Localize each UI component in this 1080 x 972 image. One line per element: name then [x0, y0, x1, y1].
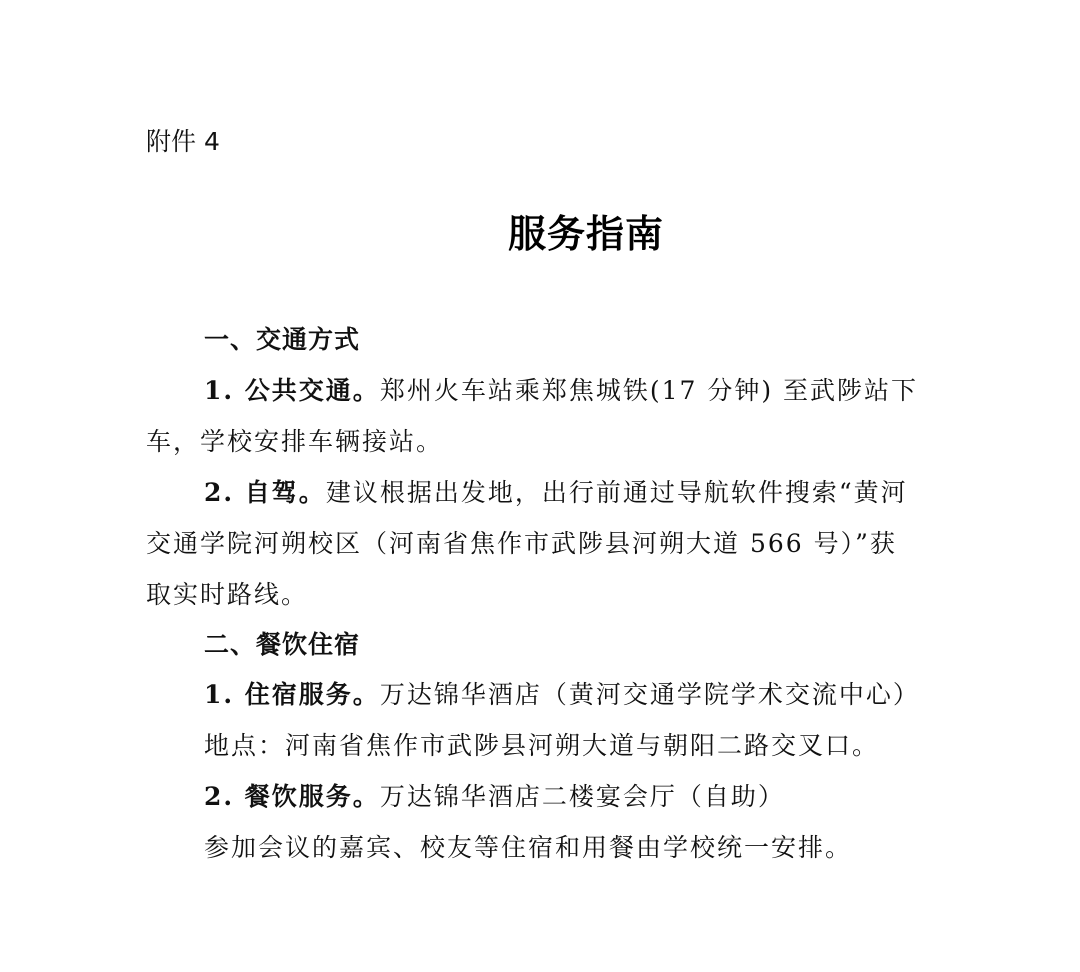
- item-text: 万达锦华酒店二楼宴会厅（自助）: [380, 782, 785, 811]
- item-lead: 1. 住宿服务。: [204, 680, 380, 709]
- paragraph-public-transport: 1. 公共交通。郑州火车站乘郑焦城铁(17 分钟) 至武陟站下: [204, 373, 918, 409]
- lodging-address: 地点：河南省焦作市武陟县河朔大道与朝阳二路交叉口。: [204, 728, 879, 764]
- item-text: 郑州火车站乘郑焦城铁(17 分钟) 至武陟站下: [380, 376, 918, 405]
- paragraph-lodging: 1. 住宿服务。万达锦华酒店（黄河交通学院学术交流中心）: [204, 677, 920, 713]
- section-heading-dining-lodging: 二、餐饮住宿: [204, 627, 360, 663]
- section-heading-transport: 一、交通方式: [204, 322, 360, 358]
- paragraph-dining: 2. 餐饮服务。万达锦华酒店二楼宴会厅（自助）: [204, 779, 785, 815]
- paragraph-continuation: 取实时路线。: [146, 577, 308, 613]
- item-text: 万达锦华酒店（黄河交通学院学术交流中心）: [380, 680, 920, 709]
- item-lead: 2. 餐饮服务。: [204, 782, 380, 811]
- paragraph-continuation: 车，学校安排车辆接站。: [146, 424, 443, 460]
- attachment-label: 附件 4: [146, 124, 220, 160]
- paragraph-self-drive: 2. 自驾。建议根据出发地，出行前通过导航软件搜索“黄河: [204, 475, 908, 511]
- dining-note: 参加会议的嘉宾、校友等住宿和用餐由学校统一安排。: [204, 830, 852, 866]
- paragraph-continuation: 交通学院河朔校区（河南省焦作市武陟县河朔大道 566 号）”获: [146, 526, 897, 562]
- item-lead: 1. 公共交通。: [204, 376, 380, 405]
- document-page: 附件 4 服务指南 一、交通方式 1. 公共交通。郑州火车站乘郑焦城铁(17 分…: [0, 0, 1080, 972]
- page-title: 服务指南: [0, 208, 1080, 260]
- item-lead: 2. 自驾。: [204, 478, 326, 507]
- item-text: 建议根据出发地，出行前通过导航软件搜索“黄河: [326, 478, 908, 507]
